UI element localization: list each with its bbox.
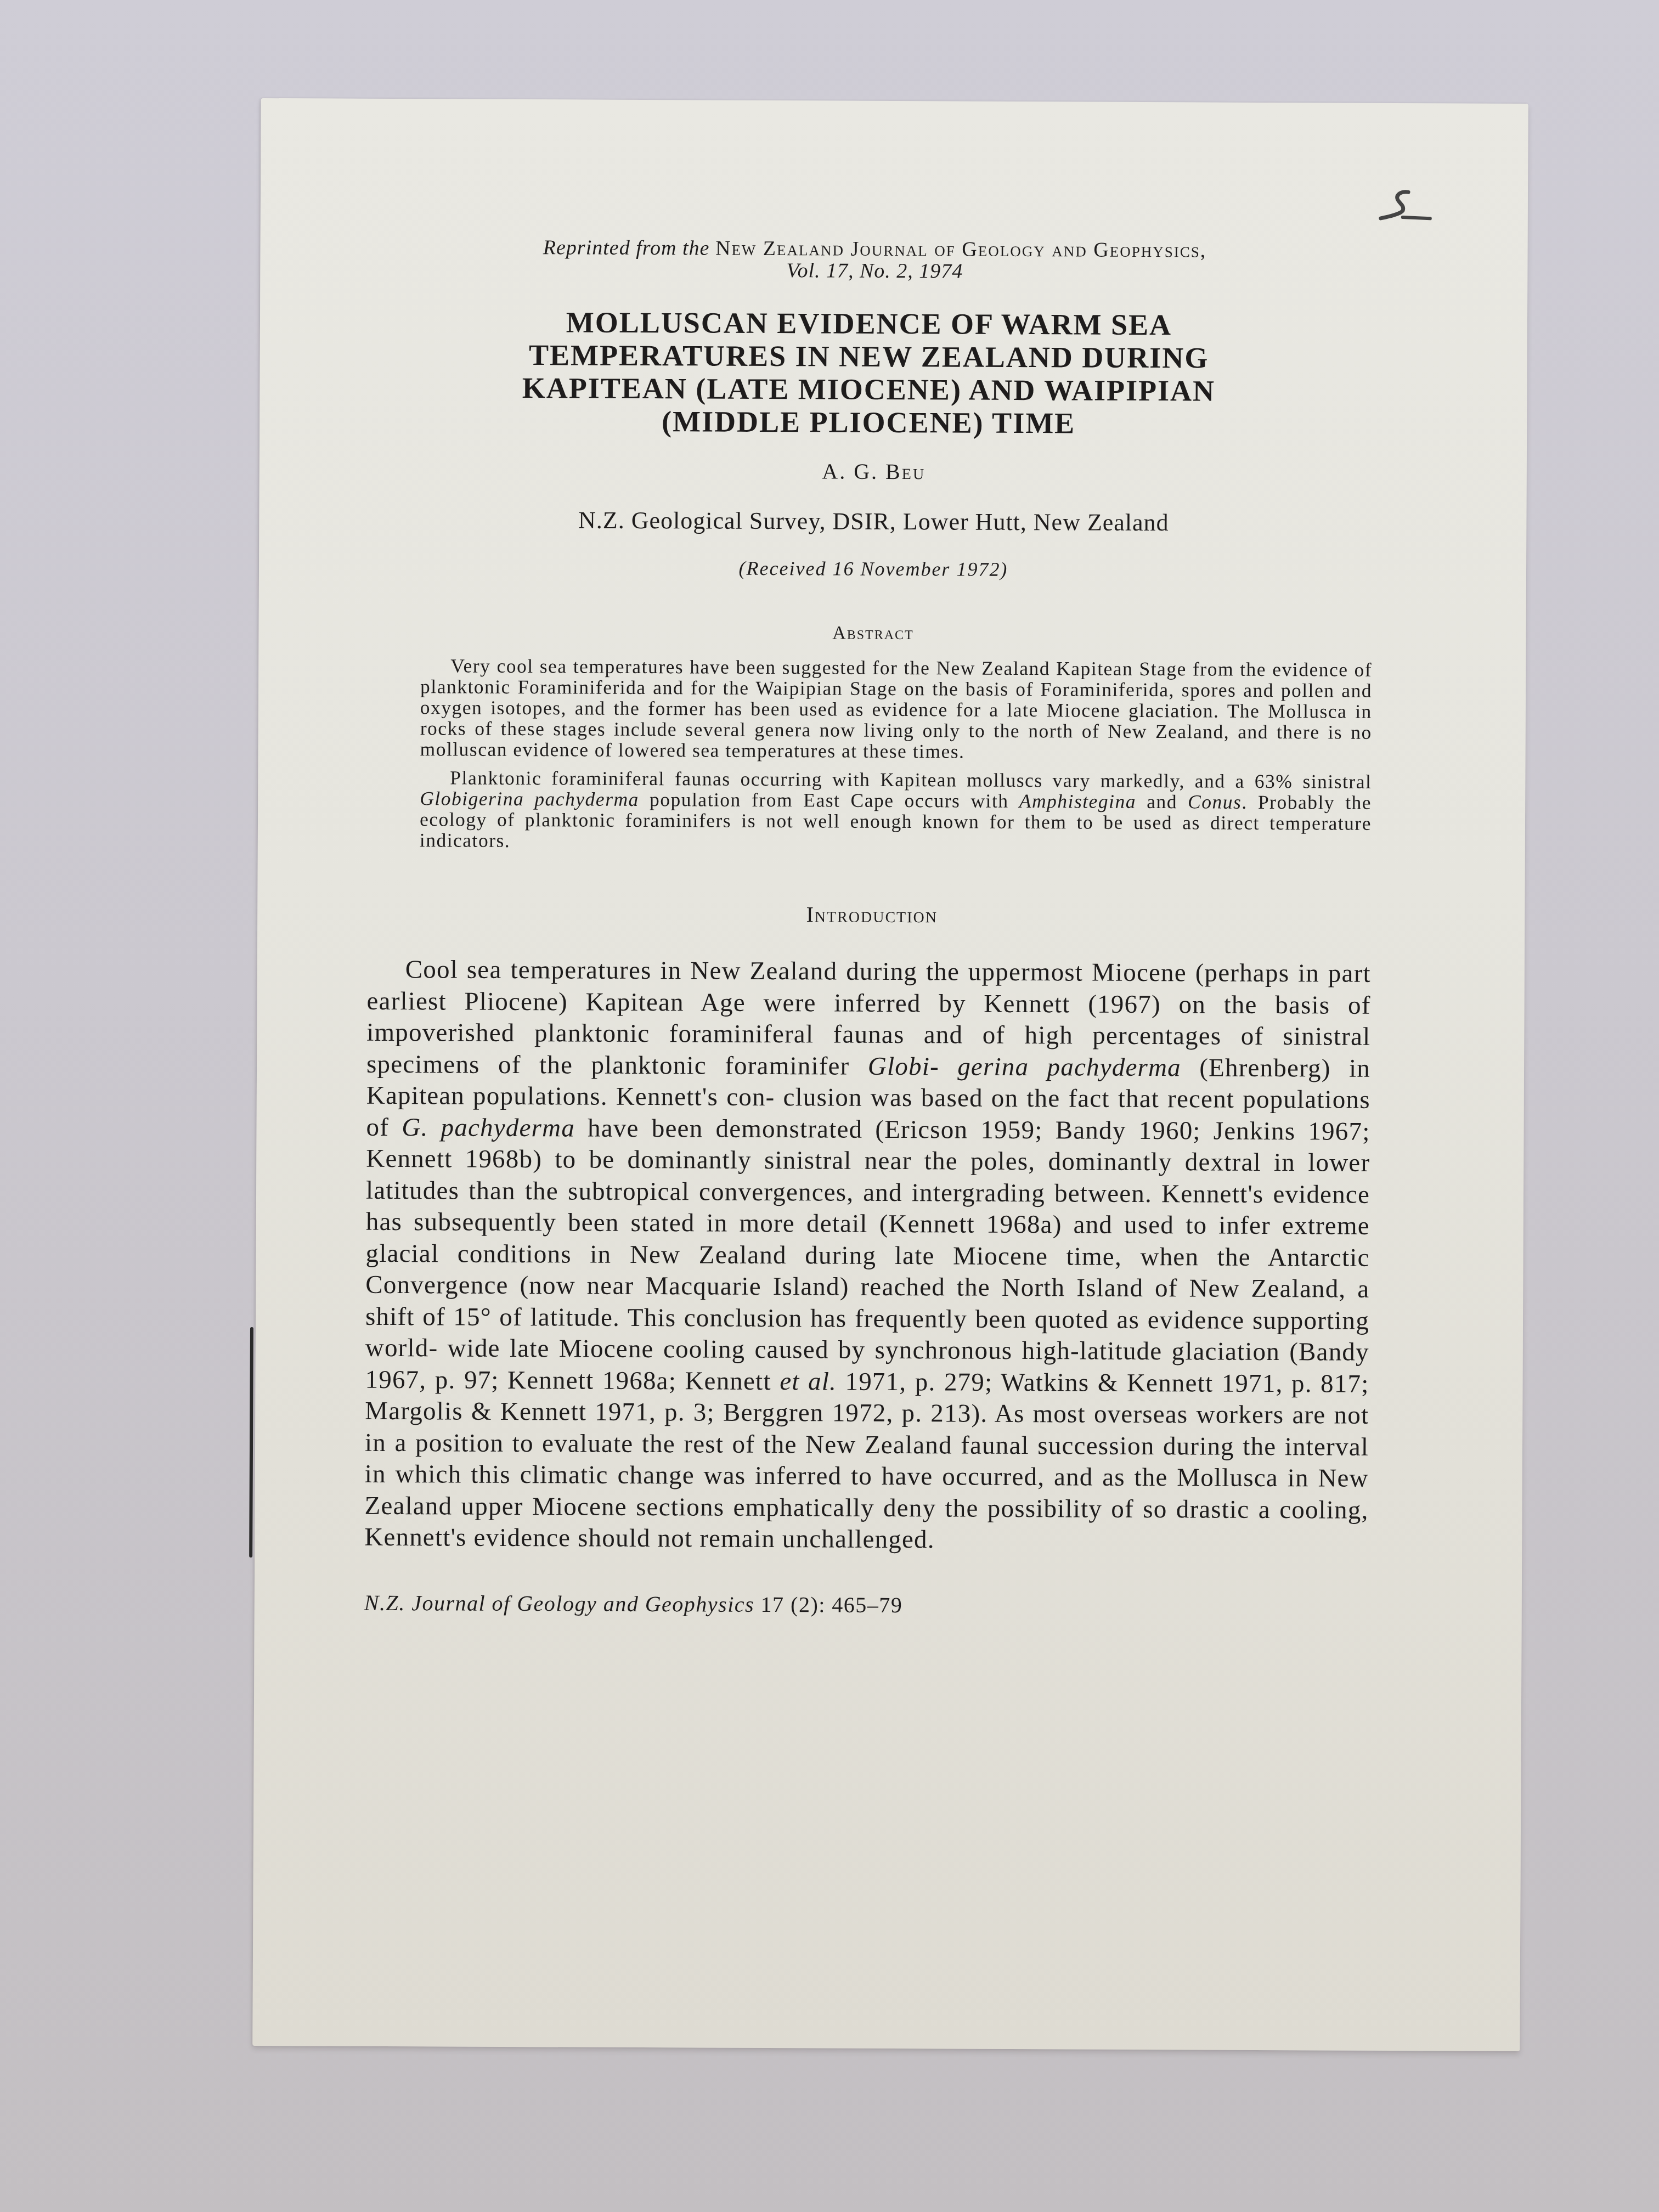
text-run: population from East Cape occurs with xyxy=(639,788,1019,812)
title-line: MOLLUSCAN EVIDENCE OF WARM SEA xyxy=(403,305,1335,342)
introduction-heading: Introduction xyxy=(411,900,1333,929)
species-name: Globigerina pachyderma xyxy=(420,787,639,810)
text-run: and xyxy=(1136,791,1188,812)
article-first-page: Reprinted from the New Zealand Journal o… xyxy=(364,236,1336,1620)
species-name: Globi- gerina pachyderma xyxy=(868,1052,1181,1081)
abstract-paragraph: Planktonic foraminiferal faunas occurrin… xyxy=(420,767,1372,855)
citation-journal: N.Z. Journal of Geology and Geophysics xyxy=(364,1590,755,1616)
journal-name: New Zealand Journal of Geology and Geoph… xyxy=(715,237,1206,262)
author-name: A. G. Beu xyxy=(413,456,1335,486)
author-affiliation: N.Z. Geological Survey, DSIR, Lower Hutt… xyxy=(413,505,1334,537)
title-line: (MIDDLE PLIOCENE) TIME xyxy=(402,404,1335,441)
text-run: 1971, p. 279; Watkins & Kennett 1971, p.… xyxy=(364,1367,1369,1554)
paper-sheet: Reprinted from the New Zealand Journal o… xyxy=(252,98,1528,2051)
journal-citation: N.Z. Journal of Geology and Geophysics 1… xyxy=(364,1589,1330,1620)
genus-name: Amphistegina xyxy=(1019,790,1136,812)
species-name: G. pachyderma xyxy=(402,1113,575,1142)
reprint-notice: Reprinted from the New Zealand Journal o… xyxy=(414,236,1335,284)
introduction-paragraph: Cool sea temperatures in New Zealand dur… xyxy=(364,954,1371,1558)
genus-name: Conus xyxy=(1188,791,1242,812)
received-date: (Received 16 November 1972) xyxy=(413,555,1334,582)
et-al: et al. xyxy=(780,1367,837,1396)
volume-line: Vol. 17, No. 2, 1974 xyxy=(786,259,963,283)
introduction-body: Cool sea temperatures in New Zealand dur… xyxy=(364,954,1371,1558)
handwritten-page-number-icon xyxy=(1374,187,1435,225)
title-line: TEMPERATURES IN NEW ZEALAND DURING xyxy=(403,338,1335,375)
reprint-prefix: Reprinted from the xyxy=(543,236,710,259)
article-title: MOLLUSCAN EVIDENCE OF WARM SEA TEMPERATU… xyxy=(402,305,1335,441)
title-line: KAPITEAN (LATE MIOCENE) AND WAIPIPIAN xyxy=(402,371,1335,408)
abstract-heading: Abstract xyxy=(412,621,1334,646)
binding-staple-edge xyxy=(249,1327,253,1558)
citation-pages: 17 (2): 465–79 xyxy=(754,1592,902,1617)
text-run: have been demonstrated (Ericson 1959; Ba… xyxy=(365,1114,1370,1396)
abstract-body: Very cool sea temperatures have been sug… xyxy=(420,655,1373,855)
abstract-paragraph: Very cool sea temperatures have been sug… xyxy=(420,655,1372,764)
